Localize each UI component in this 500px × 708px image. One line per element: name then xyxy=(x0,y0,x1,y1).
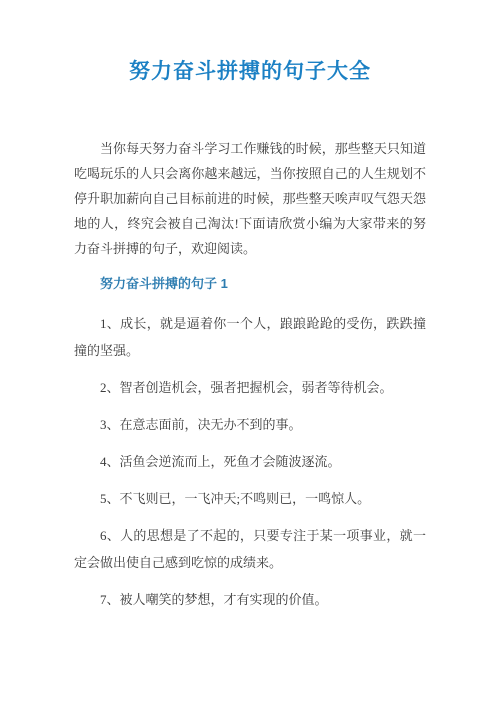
sentence-list: 1、成长，就是逼着你一个人，踉踉跄跄的受伤，跌跌撞撞的坚强。 2、智者创造机会，… xyxy=(74,310,426,613)
sentence-item-5: 5、不飞则已，一飞冲天;不鸣则已，一鸣惊人。 xyxy=(74,485,426,512)
section-heading: 努力奋斗拼搏的句子 1 xyxy=(74,274,426,294)
sentence-item-6: 6、人的思想是了不起的，只要专注于某一项事业，就一定会做出使自己感到吃惊的成绩来… xyxy=(74,522,426,576)
sentence-item-2: 2、智者创造机会，强者把握机会，弱者等待机会。 xyxy=(74,374,426,401)
sentence-item-7: 7、被人嘲笑的梦想，才有实现的价值。 xyxy=(74,586,426,613)
page-title: 努力奋斗拼搏的句子大全 xyxy=(74,56,426,88)
intro-paragraph: 当你每天努力奋斗学习工作赚钱的时候，那些整天只知道吃喝玩乐的人只会离你越来越远，… xyxy=(74,136,426,261)
sentence-item-1: 1、成长，就是逼着你一个人，踉踉跄跄的受伤，跌跌撞撞的坚强。 xyxy=(74,310,426,364)
sentence-item-4: 4、活鱼会逆流而上，死鱼才会随波逐流。 xyxy=(74,448,426,475)
sentence-item-3: 3、在意志面前，决无办不到的事。 xyxy=(74,411,426,438)
article-page: 努力奋斗拼搏的句子大全 当你每天努力奋斗学习工作赚钱的时候，那些整天只知道吃喝玩… xyxy=(0,0,500,708)
